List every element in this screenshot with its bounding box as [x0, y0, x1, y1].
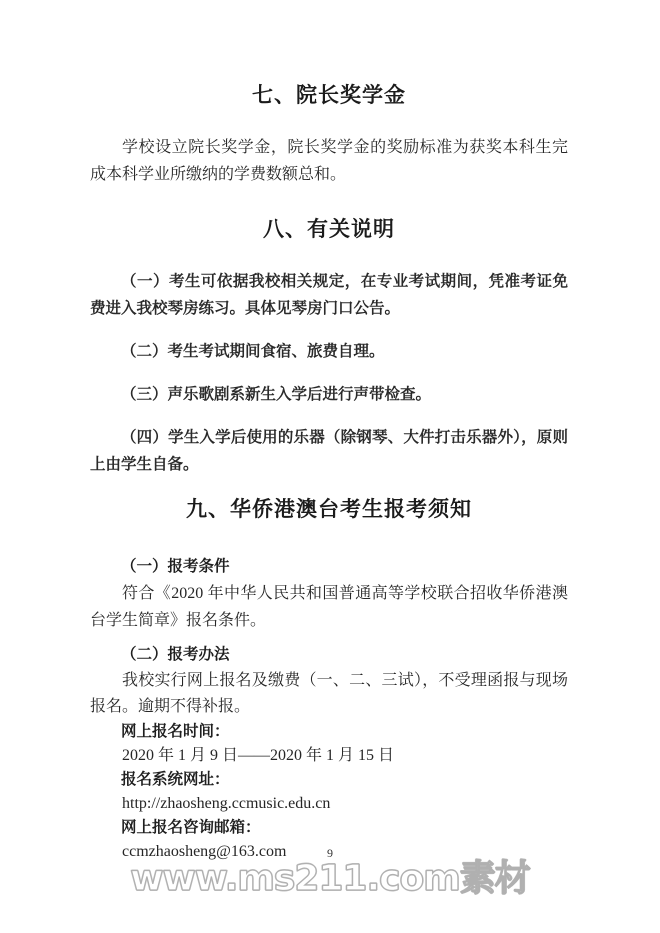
paragraph-dean-scholarship: 学校设立院长奖学金，院长奖学金的奖励标准为获奖本科生完成本科学业所缴纳的学费数额… [90, 134, 568, 188]
detail-value-registration-url: http://zhaosheng.ccmusic.edu.cn [90, 792, 568, 816]
subsection-heading-requirements: （一）报考条件 [90, 553, 568, 580]
section-title-overseas-candidates: 九、华侨港澳台考生报考须知 [90, 496, 568, 522]
document-page: 七、院长奖学金 学校设立院长奖学金，院长奖学金的奖励标准为获奖本科生完成本科学业… [0, 0, 660, 933]
subsection-body-method: 我校实行网上报名及缴费（一、二、三试），不受理函报与现场报名。逾期不得补报。 [90, 668, 568, 720]
subsection-heading-method: （二）报考办法 [90, 641, 568, 668]
list-item-3: （三）声乐歌剧系新生入学后进行声带检查。 [90, 381, 568, 408]
section-title-related-notes: 八、有关说明 [90, 216, 568, 242]
list-item-2: （二）考生考试期间食宿、旅费自理。 [90, 338, 568, 365]
page-content: 七、院长奖学金 学校设立院长奖学金，院长奖学金的奖励标准为获奖本科生完成本科学业… [0, 0, 660, 864]
subsection-body-requirements: 符合《2020 年中华人民共和国普通高等学校联合招收华侨港澳台学生简章》报名条件… [90, 580, 568, 634]
detail-label-inquiry-email: 网上报名咨询邮箱： [90, 816, 568, 840]
detail-value-registration-time: 2020 年 1 月 9 日——2020 年 1 月 15 日 [90, 744, 568, 768]
section-title-dean-scholarship: 七、院长奖学金 [90, 82, 568, 108]
detail-label-registration-time: 网上报名时间： [90, 720, 568, 744]
detail-label-registration-url: 报名系统网址： [90, 768, 568, 792]
page-number: 9 [0, 846, 660, 861]
list-item-4: （四）学生入学后使用的乐器（除钢琴、大件打击乐器外），原则上由学生自备。 [90, 424, 568, 478]
list-item-1: （一）考生可依据我校相关规定，在专业考试期间，凭准考证免费进入我校琴房练习。具体… [90, 268, 568, 322]
